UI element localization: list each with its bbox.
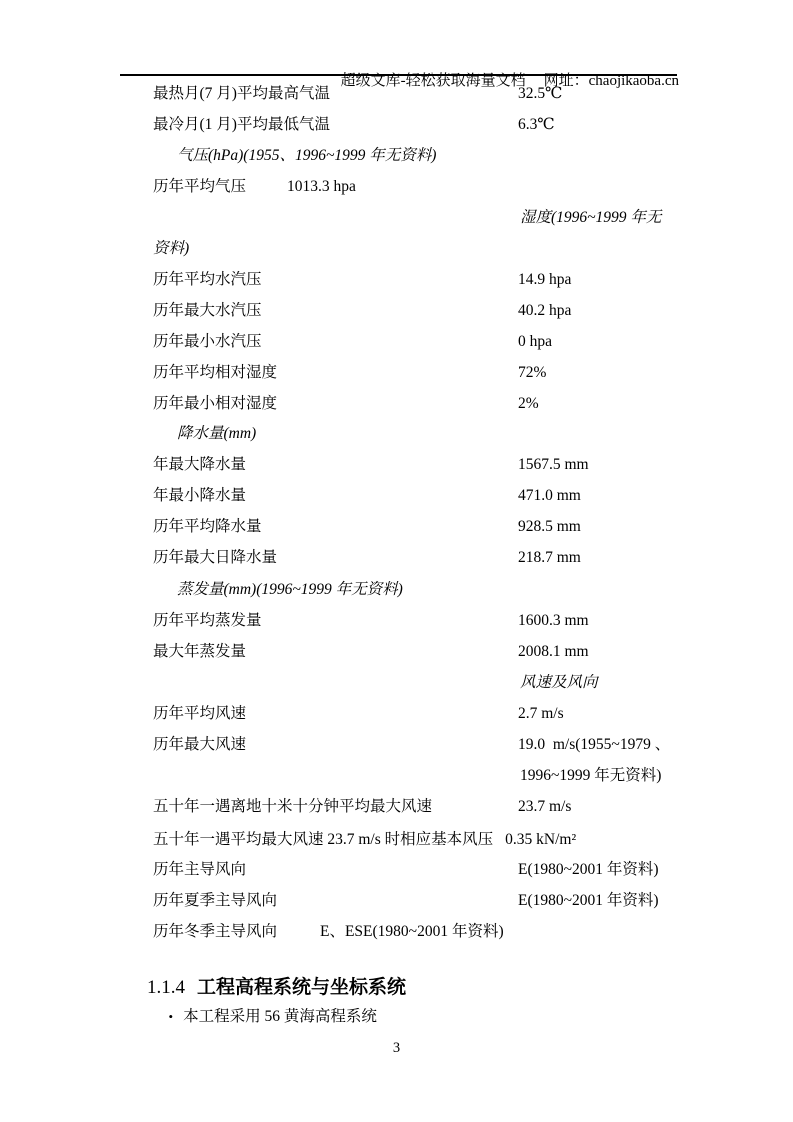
stat-value: E(1980~2001 年资料): [518, 861, 659, 878]
stat-label: 最大年蒸发量: [153, 643, 246, 660]
stat-row: 年最小降水量471.0 mm: [153, 487, 793, 504]
stat-label: 五十年一遇平均最大风速 23.7 m/s 时相应基本风压: [153, 831, 493, 848]
stat-label: 历年平均风速: [153, 705, 246, 722]
section-heading-text: 风速及风向: [520, 674, 598, 691]
stat-row: 历年平均风速2.7 m/s: [153, 705, 793, 722]
section-heading: 气压(hPa)(1955、1996~1999 年无资料): [177, 147, 793, 164]
section-heading-text: 湿度(1996~1999 年无: [520, 209, 661, 226]
stat-value: 0 hpa: [518, 333, 552, 350]
section-heading-text: 蒸发量(mm)(1996~1999 年无资料): [177, 581, 403, 598]
stat-label: 最冷月(1 月)平均最低气温: [153, 116, 330, 133]
page-number: 3: [0, 1040, 793, 1057]
stat-row: 历年平均水汽压14.9 hpa: [153, 271, 793, 288]
section-heading: 蒸发量(mm)(1996~1999 年无资料): [177, 581, 793, 598]
section-heading-text: 降水量(mm): [177, 425, 256, 442]
stat-label: 历年主导风向: [153, 861, 246, 878]
stat-value: 72%: [518, 364, 546, 381]
document-page: 超级文库-轻松获取海量文档网址：chaojikaoba.cn 最热月(7 月)平…: [0, 0, 793, 1122]
stat-value: 218.7 mm: [518, 549, 581, 566]
stat-label: 历年平均气压: [153, 178, 246, 195]
stat-label: 历年平均相对湿度: [153, 364, 277, 381]
stat-label: 历年最小水汽压: [153, 333, 262, 350]
stat-label: 年最大降水量: [153, 456, 246, 473]
stat-label: 1996~1999 年无资料): [520, 767, 661, 784]
stat-label: 历年最大风速: [153, 736, 246, 753]
stat-label: 历年平均蒸发量: [153, 612, 262, 629]
stat-value: 23.7 m/s: [518, 798, 571, 815]
stat-value: 40.2 hpa: [518, 302, 571, 319]
stat-row: 年最大降水量1567.5 mm: [153, 456, 793, 473]
section-heading: 风速及风向: [520, 674, 793, 691]
stat-value: 1013.3 hpa: [287, 178, 356, 195]
stat-row: 五十年一遇平均最大风速 23.7 m/s 时相应基本风压0.35 kN/m²: [153, 831, 793, 848]
bullet-item: •本工程采用 56 黄海高程系统: [153, 986, 377, 1044]
section-heading-text: 气压(hPa)(1955、1996~1999 年无资料): [177, 147, 436, 164]
stat-row: 历年主导风向E(1980~2001 年资料): [153, 861, 793, 878]
stat-row: 历年冬季主导风向E、ESE(1980~2001 年资料): [153, 923, 793, 940]
stat-row: 历年平均气压1013.3 hpa: [153, 178, 793, 195]
stat-value: 471.0 mm: [518, 487, 581, 504]
stat-row: 历年最大风速19.0 m/s(1955~1979 、: [153, 736, 793, 753]
stat-label: 历年平均降水量: [153, 518, 262, 535]
stat-value: 6.3℃: [518, 116, 555, 133]
stat-value: 14.9 hpa: [518, 271, 571, 288]
section-heading: 湿度(1996~1999 年无: [520, 209, 793, 226]
stat-row: 历年最大日降水量218.7 mm: [153, 549, 793, 566]
stat-value: 32.5℃: [518, 85, 562, 102]
stat-row: 最大年蒸发量2008.1 mm: [153, 643, 793, 660]
stat-value: 0.35 kN/m²: [505, 831, 576, 848]
stat-row: 历年平均蒸发量1600.3 mm: [153, 612, 793, 629]
stat-value: 19.0 m/s(1955~1979 、: [518, 736, 670, 753]
stat-value: E(1980~2001 年资料): [518, 892, 659, 909]
section-heading-text: 资料): [153, 240, 189, 257]
stat-row: 五十年一遇离地十米十分钟平均最大风速23.7 m/s: [153, 798, 793, 815]
stat-label: 年最小降水量: [153, 487, 246, 504]
stat-row: 历年夏季主导风向E(1980~2001 年资料): [153, 892, 793, 909]
stat-label: 历年冬季主导风向: [153, 923, 277, 940]
stat-value: 2%: [518, 395, 539, 412]
stat-value: 2008.1 mm: [518, 643, 589, 660]
stat-row: 历年最小相对湿度2%: [153, 395, 793, 412]
bullet-marker: •: [169, 1009, 174, 1024]
stat-row: 历年平均降水量928.5 mm: [153, 518, 793, 535]
stat-value: 2.7 m/s: [518, 705, 564, 722]
stat-label: 历年夏季主导风向: [153, 892, 277, 909]
value-continuation: 1996~1999 年无资料): [520, 767, 793, 784]
stat-value: 1567.5 mm: [518, 456, 589, 473]
stat-row: 历年最大水汽压40.2 hpa: [153, 302, 793, 319]
bullet-text: 本工程采用 56 黄海高程系统: [183, 1008, 377, 1025]
stat-label: 最热月(7 月)平均最高气温: [153, 85, 330, 102]
header-rule: [120, 74, 677, 76]
stat-label: 五十年一遇离地十米十分钟平均最大风速: [153, 798, 432, 815]
stat-value: 928.5 mm: [518, 518, 581, 535]
stat-label: 历年平均水汽压: [153, 271, 262, 288]
stat-row: 最热月(7 月)平均最高气温32.5℃: [153, 85, 793, 102]
stat-value: 1600.3 mm: [518, 612, 589, 629]
stat-label: 历年最小相对湿度: [153, 395, 277, 412]
stat-label: 历年最大日降水量: [153, 549, 277, 566]
stat-row: 历年最小水汽压0 hpa: [153, 333, 793, 350]
stat-value: E、ESE(1980~2001 年资料): [320, 923, 504, 940]
stat-row: 最冷月(1 月)平均最低气温6.3℃: [153, 116, 793, 133]
stat-label: 历年最大水汽压: [153, 302, 262, 319]
section-heading: 资料): [153, 240, 793, 257]
section-heading: 降水量(mm): [177, 425, 793, 442]
stat-row: 历年平均相对湿度72%: [153, 364, 793, 381]
